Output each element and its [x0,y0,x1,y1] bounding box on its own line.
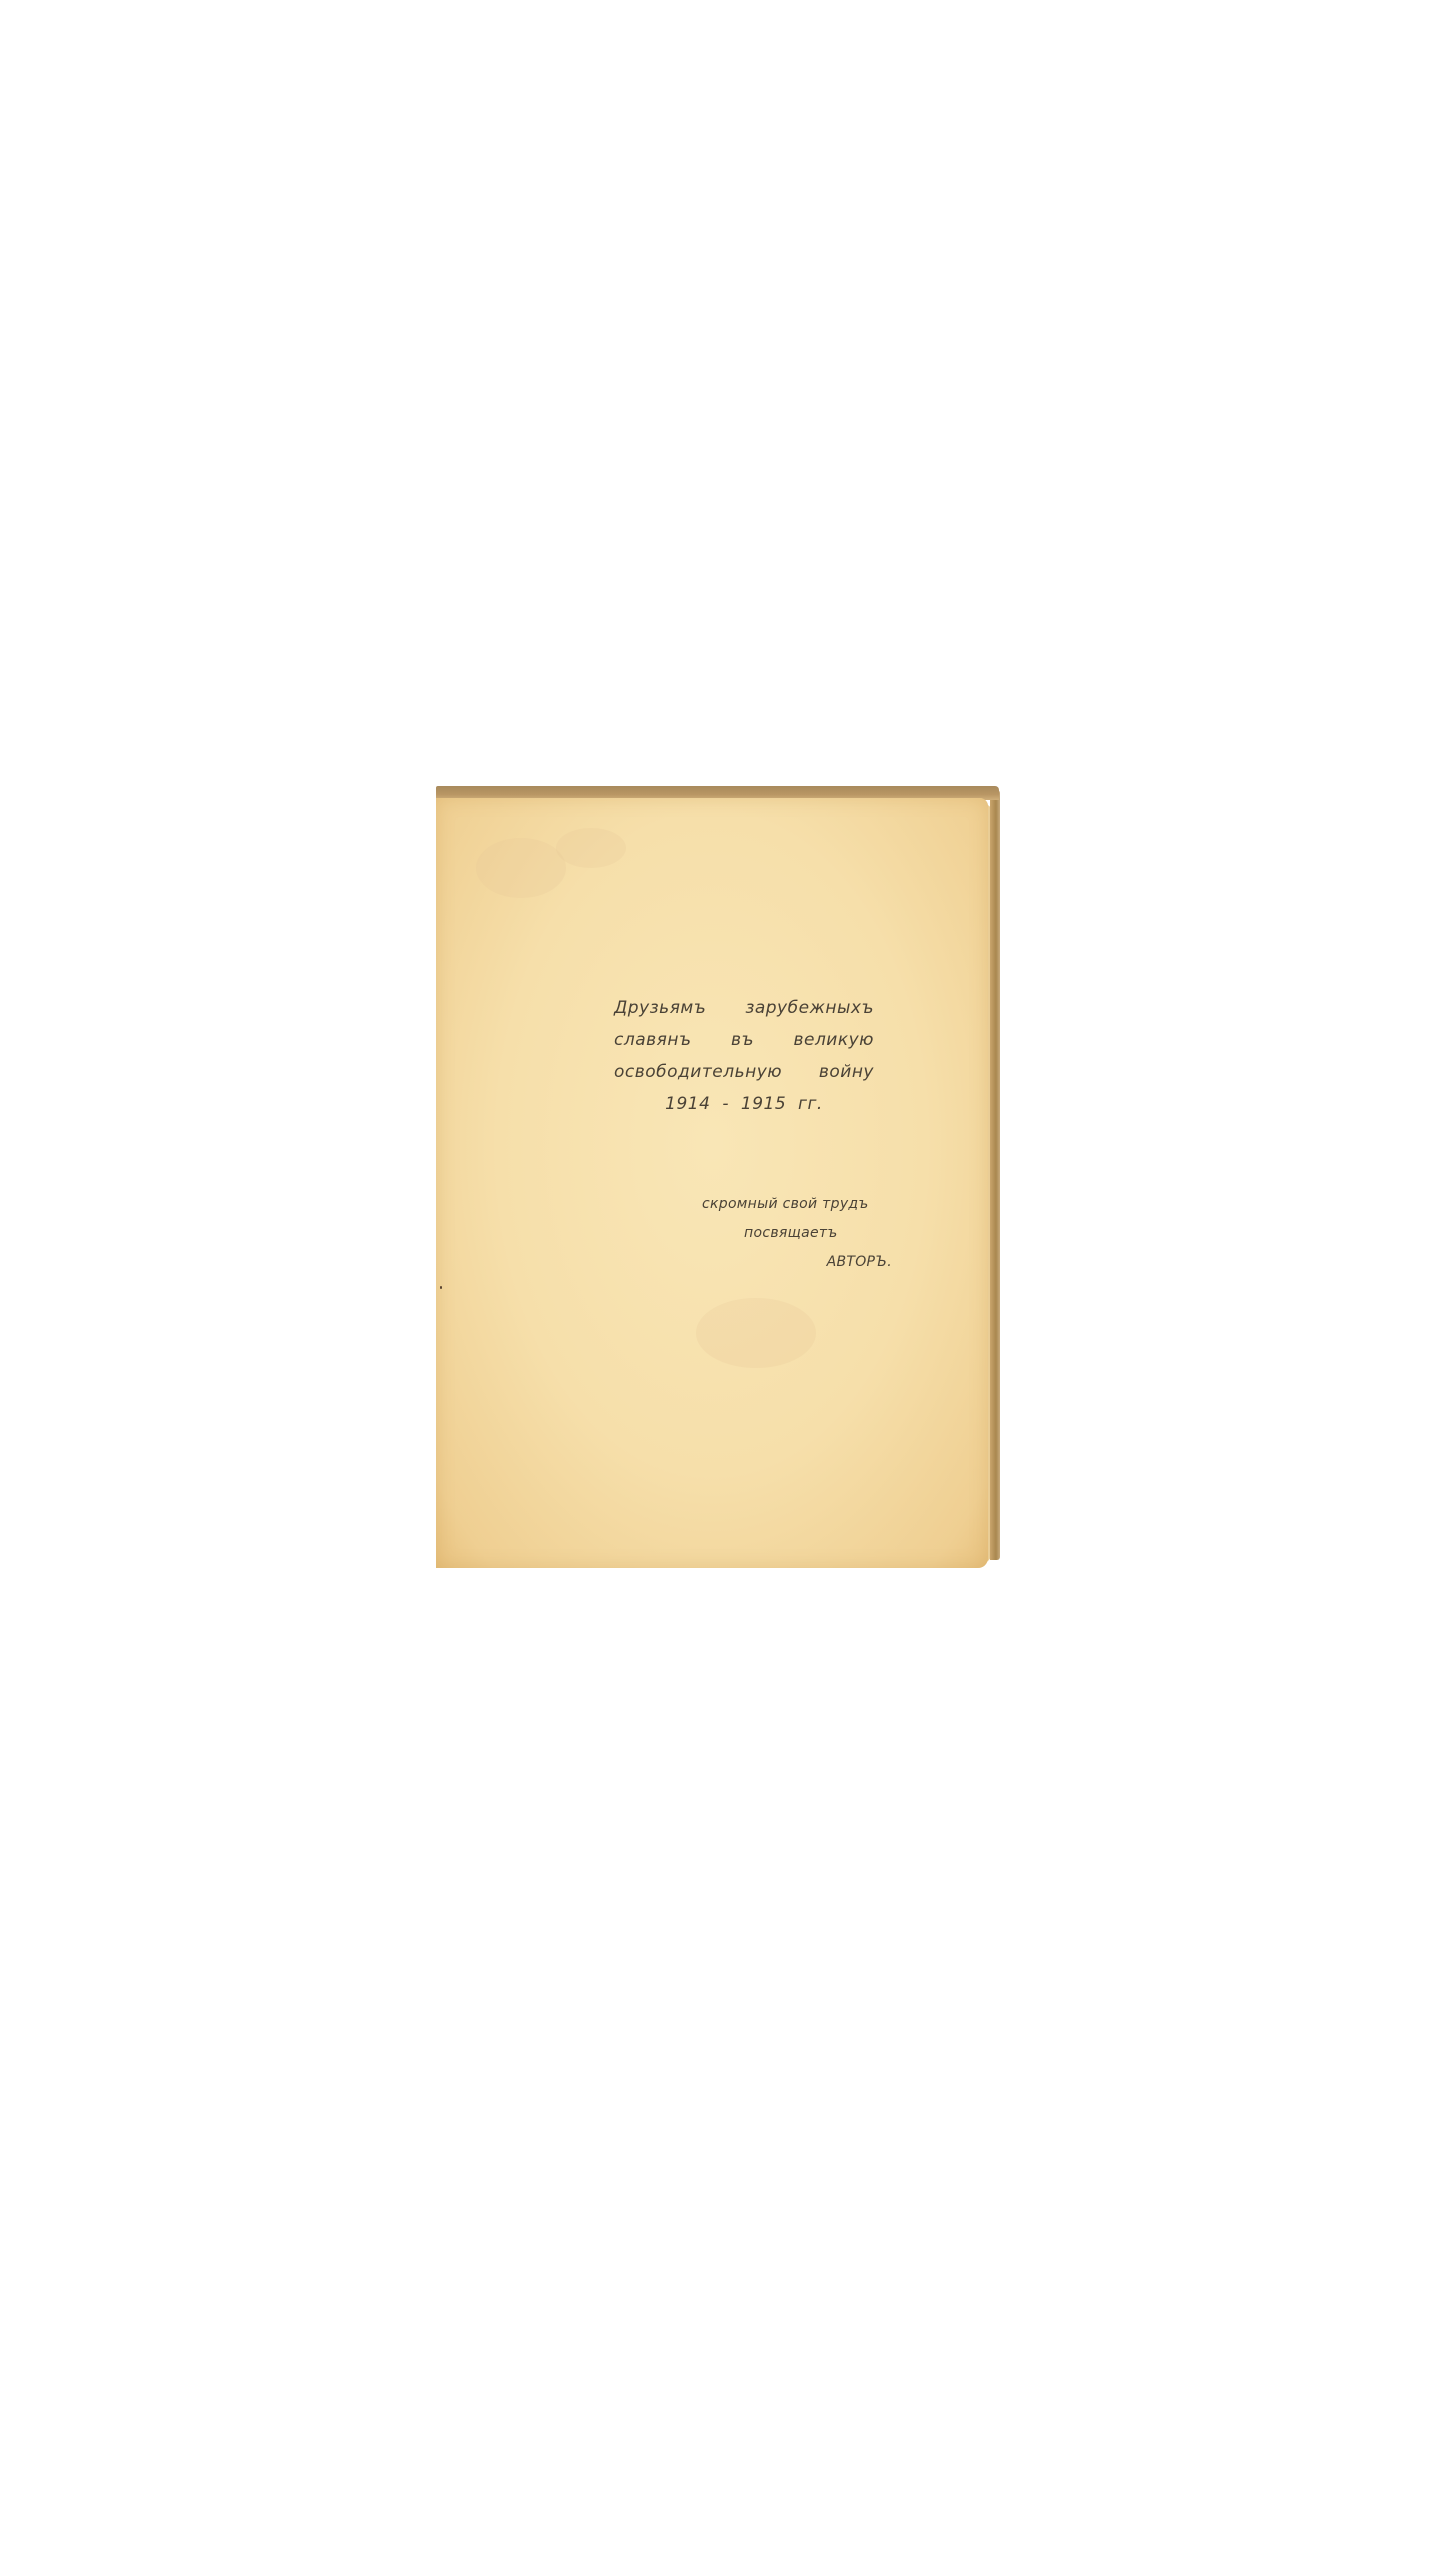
dedication-line-3: освободительную войну [614,1056,874,1088]
dedication-line-4: 1914 - 1915 гг. [614,1088,874,1120]
paper-stain [556,828,626,868]
ink-speck [440,1286,442,1289]
book-page: Друзьямъ зарубежныхъ славянъ въ великую … [436,798,988,1568]
cover-edge-right [990,790,1000,1560]
paper-stain [696,1298,816,1368]
signature-line-3: АВТОРЪ. [702,1248,894,1277]
dedication-line-1: Друзьямъ зарубежныхъ [614,992,874,1024]
dedication-text: Друзьямъ зарубежныхъ славянъ въ великую … [614,992,874,1120]
dedication-line-2: славянъ въ великую [614,1024,874,1056]
book: Друзьямъ зарубежныхъ славянъ въ великую … [436,786,1000,1572]
signature-text: скромный свой трудъ посвящаетъ АВТОРЪ. [702,1190,894,1277]
paper-stain [476,838,566,898]
signature-line-1: скромный свой трудъ [702,1190,894,1219]
signature-line-2: посвящаетъ [702,1219,894,1248]
